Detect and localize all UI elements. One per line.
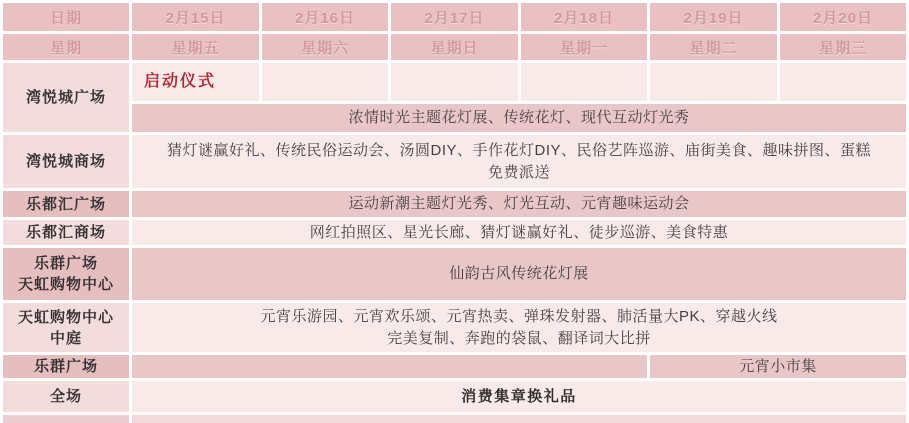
cutoff-content-cell — [132, 415, 906, 423]
venue-label-wanyue-plaza: 湾悦城广场 — [3, 63, 129, 132]
launch-ceremony-cell: 启动仪式 — [132, 63, 259, 101]
date-row-label: 日期 — [3, 3, 129, 31]
date-header-feb17: 2月17日 — [391, 3, 518, 31]
weekday-header-tue: 星期二 — [650, 34, 777, 60]
cutoff-label-cell — [3, 415, 129, 423]
wanyue-plaza-events-row: 浓情时光主题花灯展、传统花灯、现代互动灯光秀 — [3, 104, 906, 132]
venue-label-leduhui-mall: 乐都汇商场 — [3, 220, 129, 245]
leduhui-mall-events-cell: 网红拍照区、星光长廊、猜灯谜赢好礼、徒步巡游、美食特惠 — [132, 220, 906, 245]
venue-label-lequn-tianhong: 乐群广场天虹购物中心 — [3, 248, 129, 300]
date-header-row: 日期 2月15日 2月16日 2月17日 2月18日 2月19日 2月20日 — [3, 3, 906, 31]
leduhui-mall-row: 乐都汇商场 网红拍照区、星光长廊、猜灯谜赢好礼、徒步巡游、美食特惠 — [3, 220, 906, 245]
tianhong-atrium-row: 天虹购物中心中庭 元宵乐游园、元宵欢乐颂、元宵热卖、弹珠发射器、肺活量大PK、穿… — [3, 303, 906, 352]
wanyue-mall-events-cell: 猜灯谜赢好礼、传统民俗运动会、汤圆DIY、手作花灯DIY、民俗艺阵巡游、庙街美食… — [132, 135, 906, 188]
tianhong-atrium-events-cell: 元宵乐游园、元宵欢乐颂、元宵热卖、弹珠发射器、肺活量大PK、穿越火线完美复制、奔… — [132, 303, 906, 352]
events-line-2: 免费派送 — [488, 164, 550, 181]
weekday-row-label: 星期 — [3, 34, 129, 60]
date-header-feb20: 2月20日 — [780, 3, 906, 31]
wanyue-plaza-events-cell: 浓情时光主题花灯展、传统花灯、现代互动灯光秀 — [132, 104, 906, 132]
weekday-header-mon: 星期一 — [521, 34, 647, 60]
venue-name-line-2: 中庭 — [50, 330, 82, 347]
venue-label-leduhui-plaza: 乐都汇广场 — [3, 191, 129, 217]
events-line-2: 完美复制、奔跑的袋鼠、翻译词大比拼 — [387, 330, 651, 347]
date-header-feb18: 2月18日 — [521, 3, 647, 31]
empty-cell — [132, 355, 647, 378]
date-header-feb15: 2月15日 — [132, 3, 259, 31]
lequn-tianhong-row: 乐群广场天虹购物中心 仙韵古风传统花灯展 — [3, 248, 906, 300]
empty-cell — [262, 63, 388, 101]
venue-label-all: 全场 — [3, 381, 129, 412]
all-venues-row: 全场 消费集章换礼品 — [3, 381, 906, 412]
lequn-tianhong-events-cell: 仙韵古风传统花灯展 — [132, 248, 906, 300]
empty-cell — [521, 63, 647, 101]
venue-name-line-1: 乐群广场 — [34, 255, 98, 272]
empty-cell — [780, 63, 906, 101]
cutoff-row — [3, 415, 906, 423]
venue-label-wanyue-mall: 湾悦城商场 — [3, 135, 129, 188]
weekday-header-sun: 星期日 — [391, 34, 518, 60]
weekday-header-sat: 星期六 — [262, 34, 388, 60]
leduhui-plaza-row: 乐都汇广场 运动新潮主题灯光秀、灯光互动、元宵趣味运动会 — [3, 191, 906, 217]
weekday-header-fri: 星期五 — [132, 34, 259, 60]
venue-label-lequn-plaza: 乐群广场 — [3, 355, 129, 378]
date-header-feb16: 2月16日 — [262, 3, 388, 31]
wanyue-mall-row: 湾悦城商场 猜灯谜赢好礼、传统民俗运动会、汤圆DIY、手作花灯DIY、民俗艺阵巡… — [3, 135, 906, 188]
wanyue-plaza-launch-row: 湾悦城广场 启动仪式 — [3, 63, 906, 101]
events-line-1: 元宵乐游园、元宵欢乐颂、元宵热卖、弹珠发射器、肺活量大PK、穿越火线 — [260, 308, 777, 325]
empty-cell — [650, 63, 777, 101]
weekday-header-row: 星期 星期五 星期六 星期日 星期一 星期二 星期三 — [3, 34, 906, 60]
event-schedule-table: 日期 2月15日 2月16日 2月17日 2月18日 2月19日 2月20日 星… — [0, 0, 909, 423]
leduhui-plaza-events-cell: 运动新潮主题灯光秀、灯光互动、元宵趣味运动会 — [132, 191, 906, 217]
events-line-1: 猜灯谜赢好礼、传统民俗运动会、汤圆DIY、手作花灯DIY、民俗艺阵巡游、庙街美食… — [167, 142, 871, 159]
weekday-header-wed: 星期三 — [780, 34, 906, 60]
lantern-festival-schedule: 日期 2月15日 2月16日 2月17日 2月18日 2月19日 2月20日 星… — [0, 0, 909, 423]
empty-cell — [391, 63, 518, 101]
lequn-plaza-row: 乐群广场 元宵小市集 — [3, 355, 906, 378]
date-header-feb19: 2月19日 — [650, 3, 777, 31]
venue-name-line-2: 天虹购物中心 — [18, 276, 114, 293]
lantern-market-cell: 元宵小市集 — [650, 355, 906, 378]
venue-label-tianhong-atrium: 天虹购物中心中庭 — [3, 303, 129, 352]
venue-name-line-1: 天虹购物中心 — [18, 309, 114, 326]
all-venues-events-cell: 消费集章换礼品 — [132, 381, 906, 412]
